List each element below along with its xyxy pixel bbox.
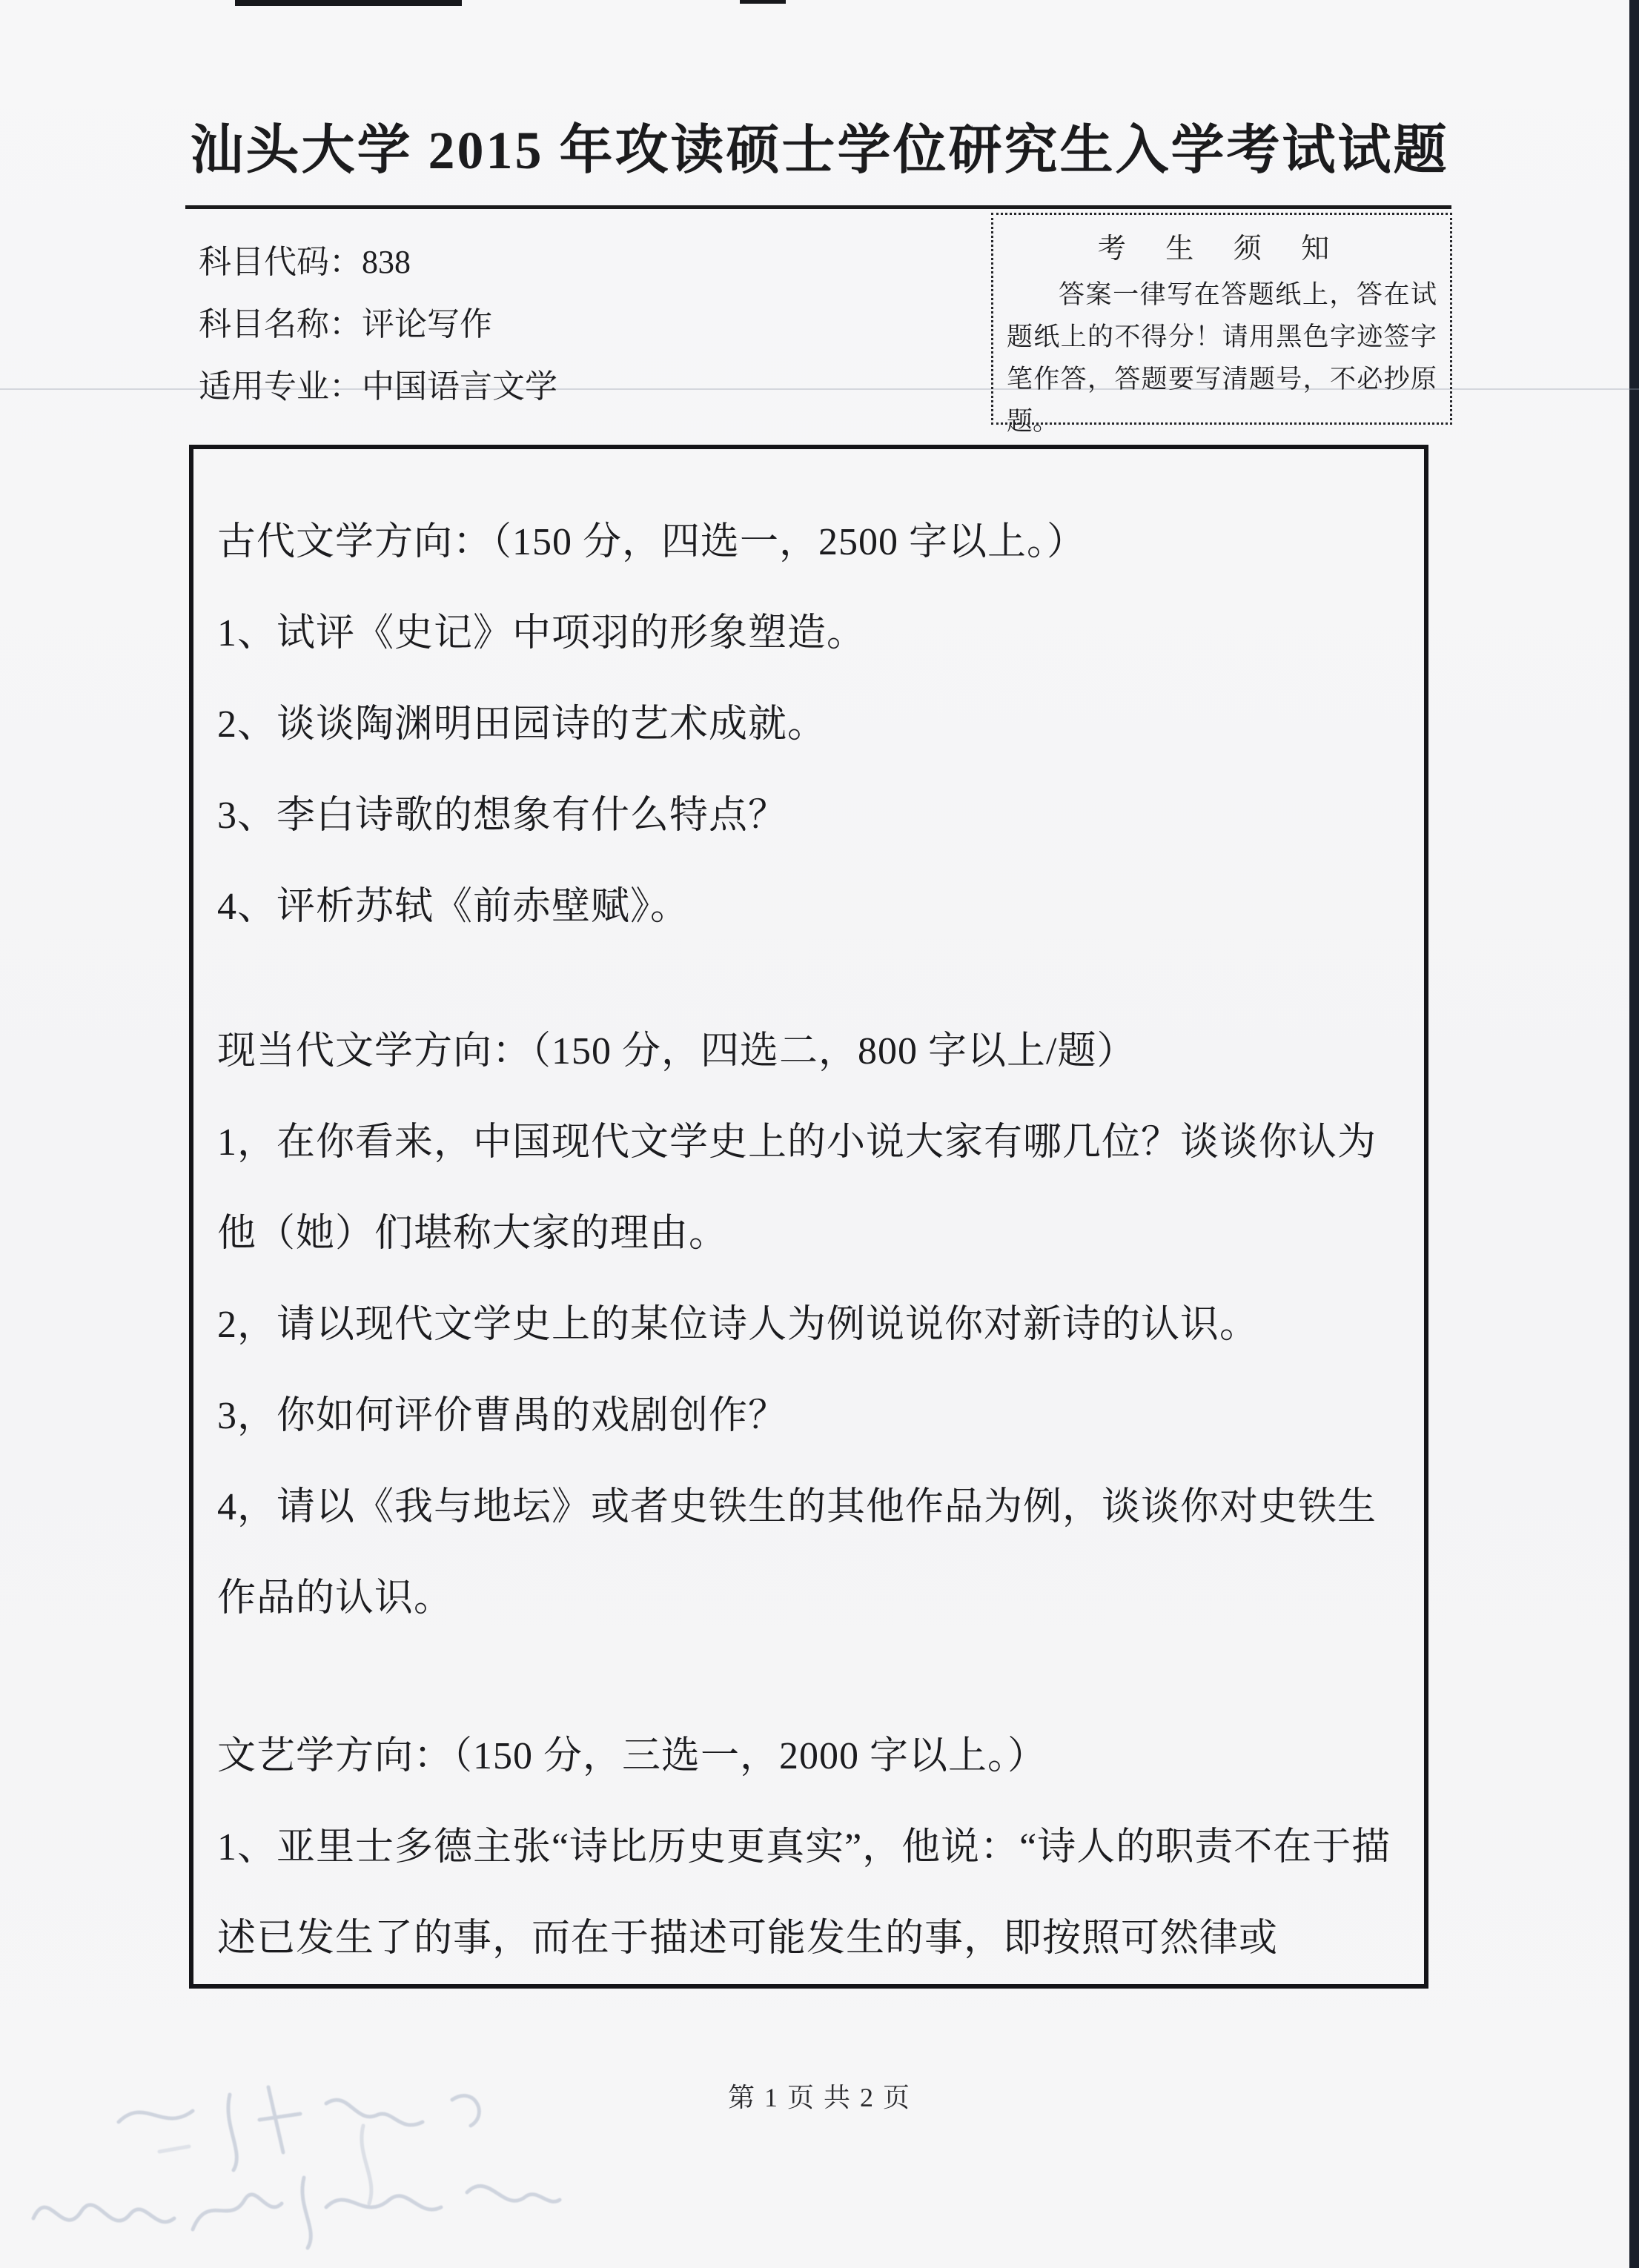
exam-section: 古代文学方向：（150 分，四选一，2500 字以上。）1、试评《史记》中项羽的… — [217, 497, 1403, 952]
applicable-major-value: 中国语言文学 — [362, 368, 557, 405]
question-item: 3、李白诗歌的想象有什么特点？ — [217, 770, 1403, 861]
scan-artifact-top-strip-small — [740, 0, 786, 4]
notice-title: 考 生 须 知 — [1007, 225, 1437, 266]
subject-name-value: 评论写作 — [362, 306, 492, 342]
subject-meta: 科目代码：838 科目名称：评论写作 适用专业：中国语言文学 — [199, 231, 557, 418]
subject-code-label: 科目代码： — [199, 244, 362, 280]
exam-section: 现当代文学方向：（150 分，四选二，800 字以上/题）1，在你看来，中国现代… — [217, 1006, 1403, 1644]
question-item: 4，请以《我与地坛》或者史铁生的其他作品为例，谈谈你对史铁生作品的认识。 — [217, 1462, 1403, 1644]
applicable-major-row: 适用专业：中国语言文学 — [199, 356, 557, 418]
question-item: 2、谈谈陶渊明田园诗的艺术成就。 — [217, 679, 1403, 770]
subject-code-value: 838 — [362, 244, 411, 280]
section-heading: 古代文学方向：（150 分，四选一，2500 字以上。） — [217, 497, 1403, 588]
section-heading: 文艺学方向：（150 分，三选一，2000 字以上。） — [217, 1711, 1403, 1802]
subject-name-row: 科目名称：评论写作 — [199, 294, 557, 356]
question-item: 1，在你看来，中国现代文学史上的小说大家有哪几位？谈谈你认为他（她）们堪称大家的… — [217, 1097, 1403, 1279]
question-item: 3，你如何评价曹禺的戏剧创作？ — [217, 1370, 1403, 1462]
ink-bleed-artifact — [7, 2081, 571, 2267]
question-item: 4、评析苏轼《前赤壁赋》。 — [217, 861, 1403, 952]
subject-code-row: 科目代码：838 — [199, 231, 557, 294]
subject-name-label: 科目名称： — [199, 306, 362, 342]
applicable-major-label: 适用专业： — [199, 368, 362, 405]
question-area: 古代文学方向：（150 分，四选一，2500 字以上。）1、试评《史记》中项羽的… — [189, 445, 1428, 1989]
candidate-notice-box: 考 生 须 知 答案一律写在答题纸上，答在试题纸上的不得分！请用黑色字迹签字笔作… — [991, 213, 1452, 425]
exam-sections: 古代文学方向：（150 分，四选一，2500 字以上。）1、试评《史记》中项羽的… — [217, 497, 1403, 1984]
exam-section: 文艺学方向：（150 分，三选一，2000 字以上。）1、亚里士多德主张“诗比历… — [217, 1711, 1403, 1984]
question-item: 2，请以现代文学史上的某位诗人为例说说你对新诗的认识。 — [217, 1279, 1403, 1370]
notice-body: 答案一律写在答题纸上，答在试题纸上的不得分！请用黑色字迹签字笔作答，答题要写清题… — [1007, 273, 1437, 442]
section-heading: 现当代文学方向：（150 分，四选二，800 字以上/题） — [217, 1006, 1403, 1097]
scan-artifact-right-edge — [1629, 0, 1639, 2268]
question-item: 1、试评《史记》中项羽的形象塑造。 — [217, 588, 1403, 679]
title-underline — [185, 205, 1451, 209]
question-item: 1、亚里士多德主张“诗比历史更真实”，他说：“诗人的职责不在于描述已发生了的事，… — [217, 1802, 1403, 1984]
page-title: 汕头大学 2015 年攻读硕士学位研究生入学考试试题 — [0, 110, 1639, 191]
scan-artifact-top-strip — [235, 0, 462, 6]
